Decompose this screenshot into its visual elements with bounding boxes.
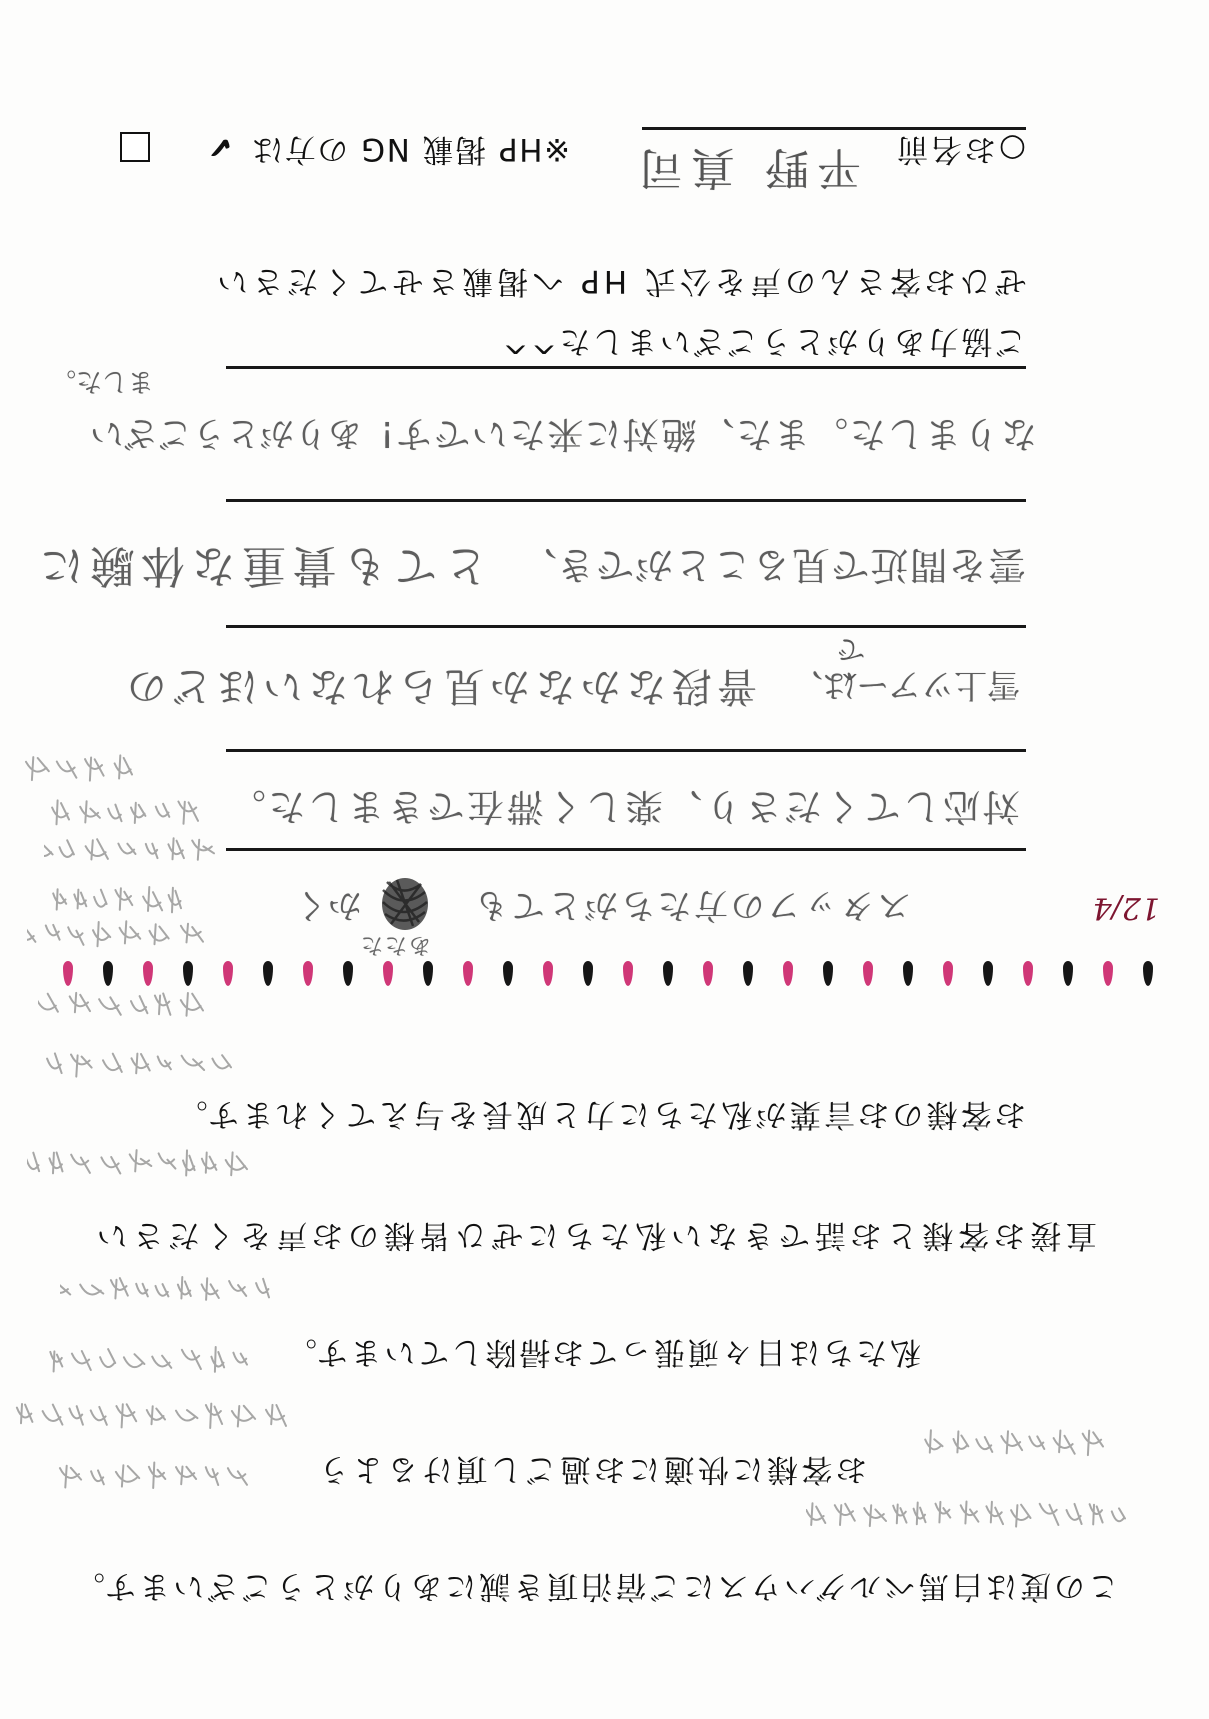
divider-dot [703,961,713,986]
divider-dot [1063,961,1073,986]
name-label: ○お名前 [894,133,1026,164]
greeting-line: お客様に快適にお過ごし頂けるよう [315,1453,867,1484]
pencil-note [911,1426,1108,1460]
greeting-line: 直接お客様とお話できない私たちにぜひ皆様のお声をください [92,1219,1097,1250]
comment-line-5-end: ありがとうござい [90,416,362,450]
divider-dot [463,961,473,986]
name-value: 平野 真司 [631,145,861,189]
pencil-note [60,1272,274,1306]
divider-dot [903,961,913,986]
comment-line-1-end: かく [294,888,362,922]
writing-line [226,366,1026,369]
pencil-note [38,795,203,829]
divider-dot [663,961,673,986]
divider-dot [383,961,393,986]
divider-dot [823,961,833,986]
pencil-note [27,1146,252,1180]
greeting-line: 私たちは日々頑張ってお掃除しています。 [283,1336,921,1367]
comment-line-4-start: 雲を間近で見ることができ、 [518,546,1026,584]
divider-dot [943,961,953,986]
divider-dot [863,961,873,986]
divider-dot [183,961,193,986]
check-mark-icon: ✔ [208,131,233,162]
hp-ng-label: ※HP 掲載 NG の方は [251,133,570,164]
comment-line-3-end: 普段なかなか見られないほどの [121,666,757,706]
divider-dot [343,961,353,986]
inserted-text: あたた [359,933,431,955]
divider-dot [103,961,113,986]
comment-line-2: 対応してくださり、楽しく滞在できました。 [226,788,1020,825]
pencil-note [806,1497,1130,1531]
divider-dot [623,961,633,986]
inserted-text: で [837,635,865,663]
writing-line [226,499,1026,502]
divider-dot [783,961,793,986]
divider-dot [143,961,153,986]
divider-dot [223,961,233,986]
writing-line [226,749,1026,752]
date-mark: 12/4 [1093,892,1160,922]
divider-dot [303,961,313,986]
divider-dot [263,961,273,986]
divider-dot [543,961,553,986]
dotted-divider [0,960,1209,986]
crossed-out-scribble-icon [377,876,433,932]
pencil-note [55,1458,252,1492]
divider-dot [1103,961,1113,986]
name-underline [642,127,1026,130]
pencil-note [38,987,208,1021]
publish-request-text: ぜひお客さんの声を公式 HP へ掲載させてください [213,265,1026,296]
divider-dot [583,961,593,986]
pencil-note [44,1047,236,1081]
greeting-line: お客様のお言葉が私たちに力と成長を与えてくれます。 [173,1098,1026,1129]
pencil-note [49,1343,252,1377]
writing-line [226,848,1026,851]
divider-dot [423,961,433,986]
comment-line-3-start: 雪上ツアーは、 [790,669,1020,702]
pencil-note [27,917,208,951]
divider-dot [983,961,993,986]
pencil-note [44,833,219,867]
hp-ng-checkbox [120,132,150,162]
writing-line [226,625,1026,628]
comment-line-4-end: とても貴重な体験に [34,543,489,587]
feedback-card: この度は白馬ベルグハウスにご宿泊頂き誠にありがとうございます。 お客様に快適にお… [0,0,1209,1719]
divider-dot [1023,961,1033,986]
pencil-note [49,883,186,917]
pencil-note [22,751,137,785]
pencil-note [11,1398,291,1432]
greeting-line: この度は白馬ベルグハウスにご宿泊頂き誠にありがとうございます。 [71,1570,1119,1601]
comment-line-5-overflow: ました。 [50,368,154,394]
divider-dot [503,961,513,986]
comment-line-5-start: なりました。また、絶対に来たいです! [378,415,1037,451]
divider-dot [1143,961,1153,986]
divider-dot [743,961,753,986]
thanks-text: ご協力ありがとうございました^^ [500,325,1026,356]
divider-dot [63,961,73,986]
comment-line-1: スタッフの方たちがとても [472,888,911,922]
